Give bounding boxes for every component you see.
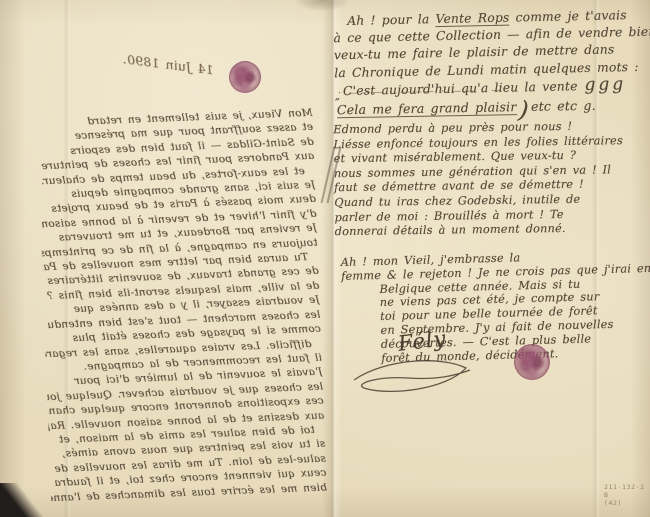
collection-stamp-right-icon: [514, 344, 550, 380]
ink-flourish: ggg: [584, 74, 626, 95]
inventory-line: (42): [604, 499, 650, 507]
letter-scan: 14 Juin 1890. Mon Vieux, je suis telleme…: [0, 0, 650, 517]
line-text: etc etc g.: [531, 98, 596, 114]
collection-stamp-left-icon: [229, 61, 261, 93]
paper-sheet: 14 Juin 1890. Mon Vieux, je suis telleme…: [0, 0, 650, 517]
paragraph-edmond: Edmond perdu à peu près pour nous !Liéss…: [333, 119, 649, 240]
signature-flourish-icon: [346, 350, 478, 402]
underlined-phrase: Cela me fera grand plaisir: [337, 99, 517, 118]
bleedthrough-date: 14 Juin 1890.: [92, 48, 215, 78]
line-text: Ah ! pour la: [347, 12, 436, 28]
underlined-phrase: Vente Rops: [435, 11, 509, 28]
inventory-line: 211·132·2 B: [604, 483, 650, 499]
paper-tear-notch: [294, 0, 350, 12]
handwriting-line: donnerai détails à un moment donné.: [335, 221, 649, 240]
line-text: comme je t'avais: [509, 8, 627, 24]
inventory-number: 211·132·2 B (42): [604, 483, 650, 507]
paragraph-adieu: Ah ! mon Vieil, j'embrasse lafemme & le …: [341, 248, 646, 366]
scan-background-corner: [0, 483, 54, 517]
paragraph-lines: à ce que cette Collection — afin de vend…: [333, 24, 646, 82]
bleedthrough-text: Mon Vieux, je suis tellement en retardet…: [36, 106, 327, 514]
